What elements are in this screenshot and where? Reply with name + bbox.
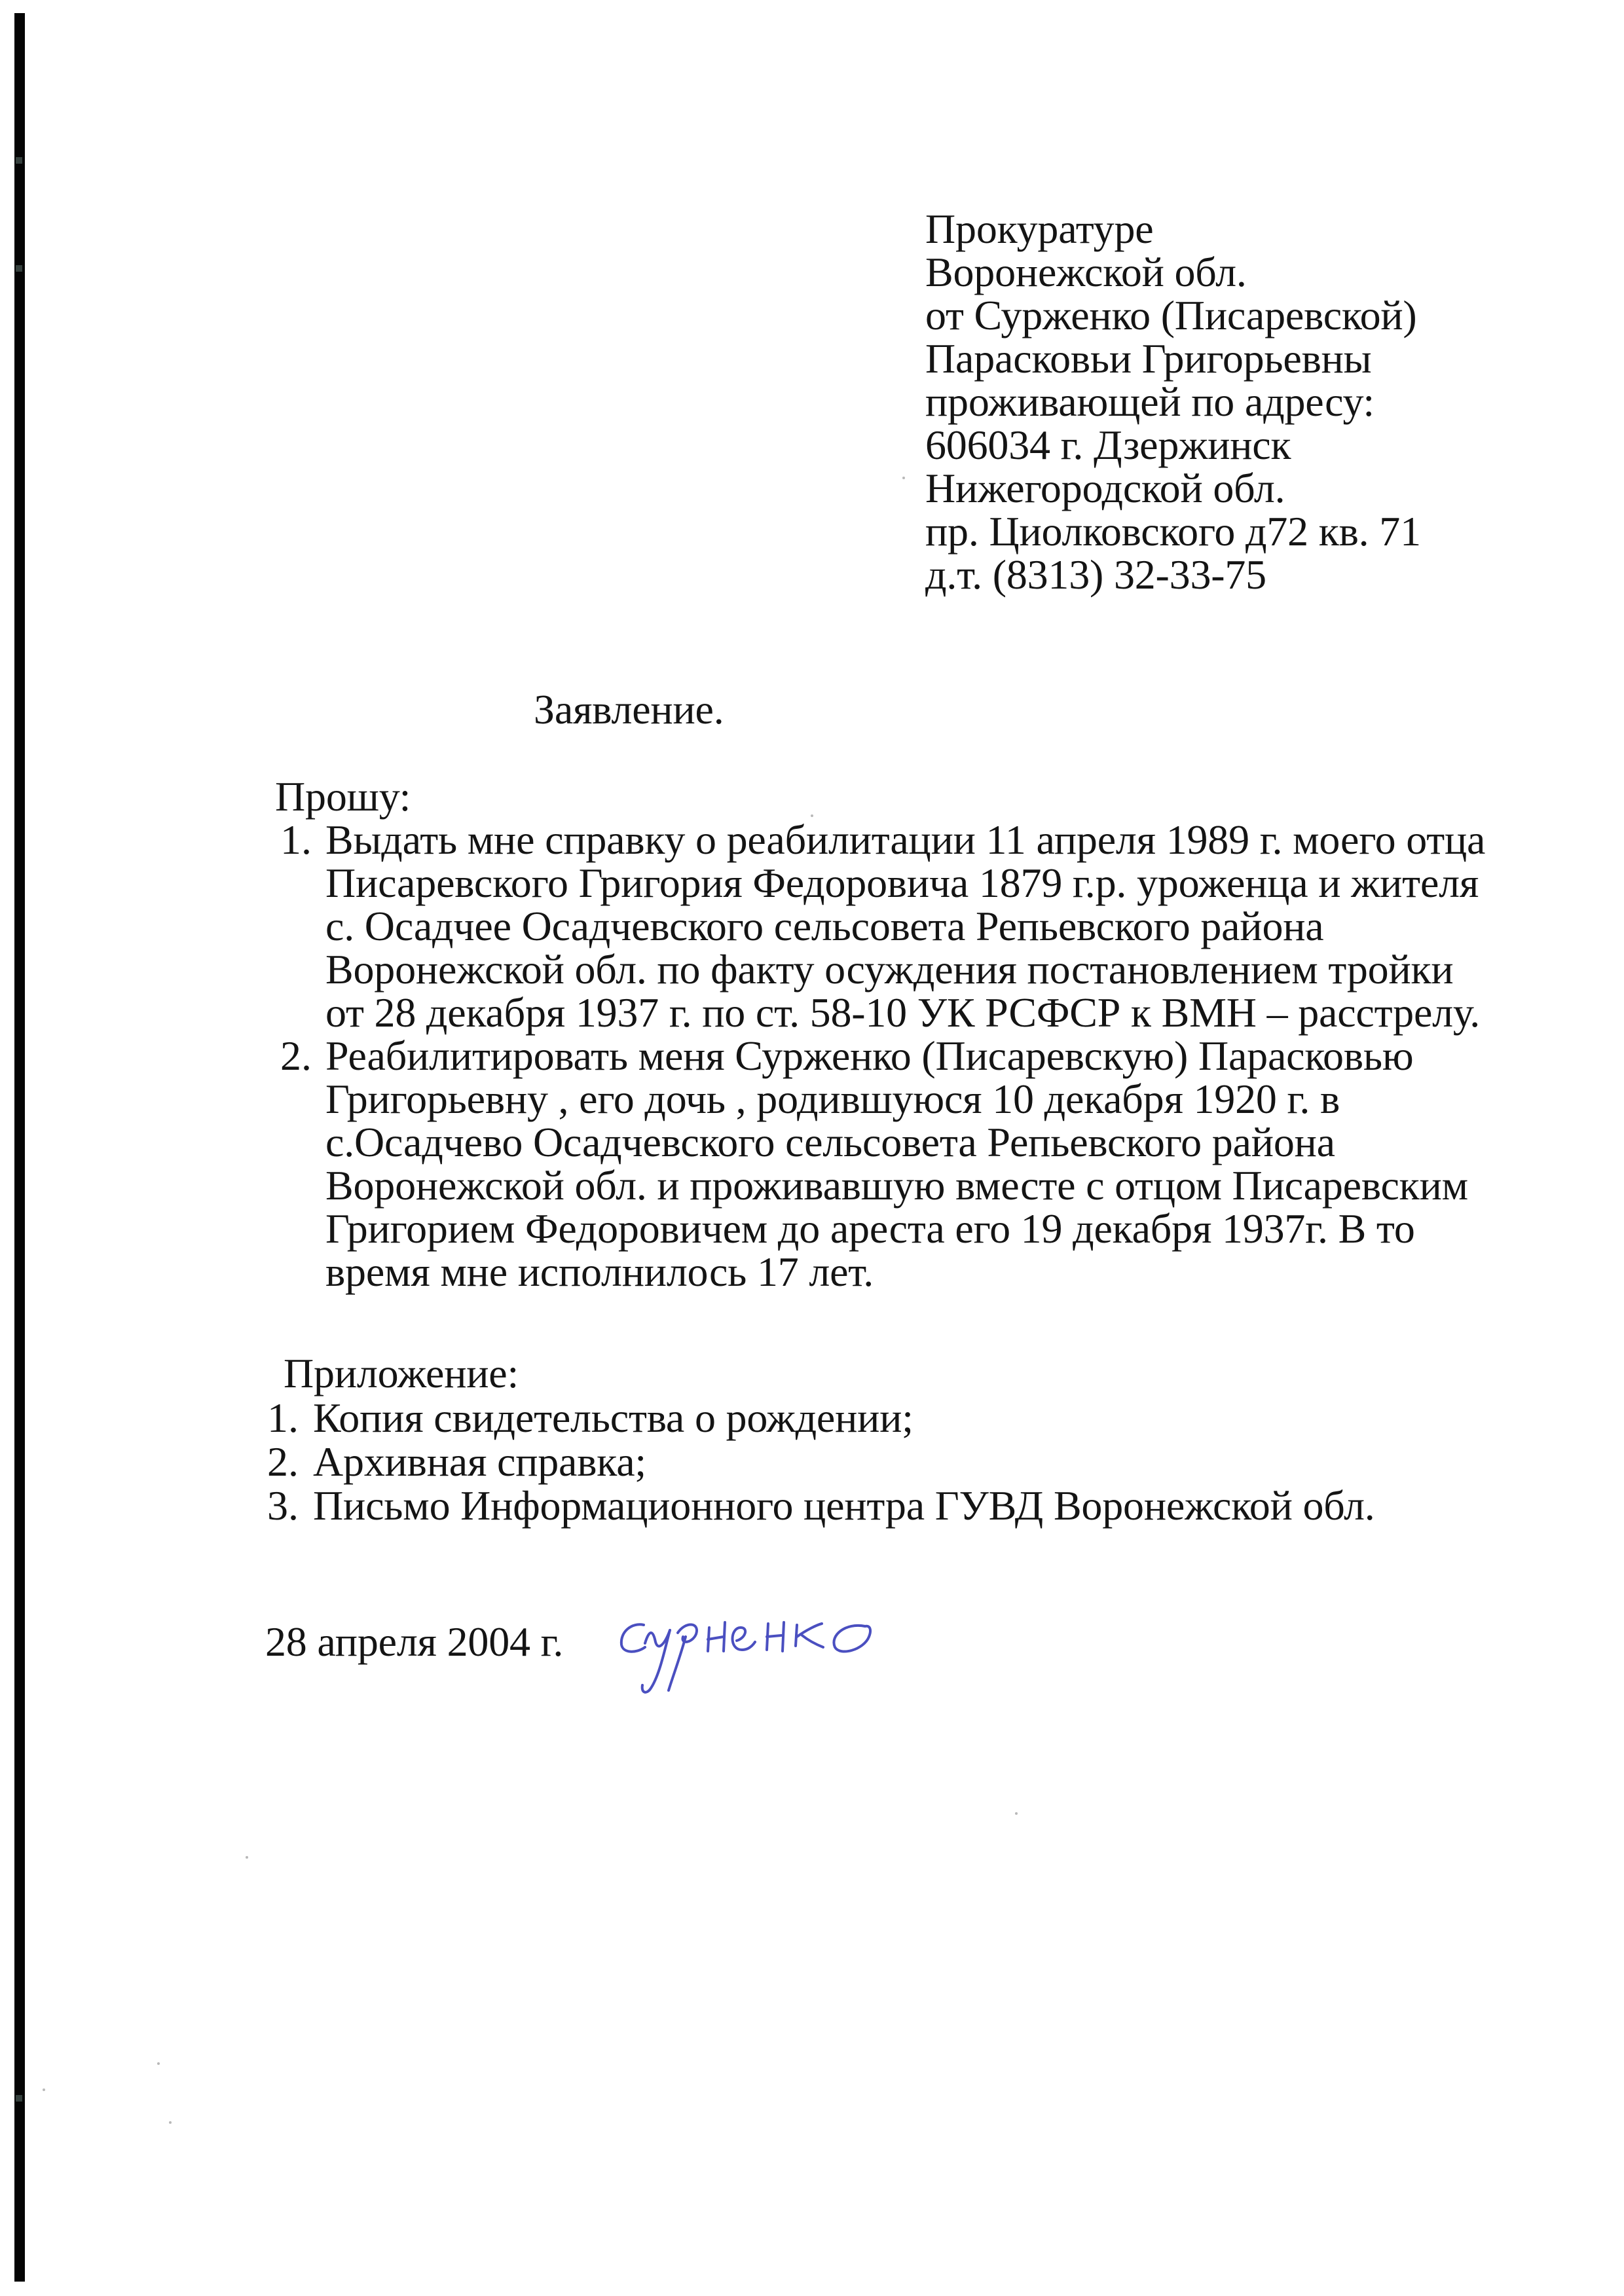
document-title: Заявление. — [534, 689, 724, 731]
addressee-line: д.т. (8313) 32-33-75 — [925, 554, 1266, 596]
request-item-line: Григорьевну , его дочь , родившуюся 10 д… — [325, 1078, 1340, 1120]
addressee-line: проживающей по адресу: — [925, 381, 1375, 423]
scan-artifact — [16, 265, 22, 272]
scan-artifact — [16, 157, 22, 164]
scan-speck — [157, 2062, 160, 2065]
list-number: 1. — [267, 1397, 299, 1439]
request-item-line: время мне исполнилось 17 лет. — [325, 1251, 874, 1293]
addressee-line: Нижегородской обл. — [925, 467, 1285, 509]
request-item-line: Воронежской обл. по факту осуждения пост… — [325, 949, 1453, 991]
attachment-item: Архивная справка; — [313, 1441, 646, 1483]
list-number: 1. — [280, 819, 312, 861]
scan-speck — [811, 814, 813, 817]
list-number: 2. — [280, 1035, 312, 1077]
request-heading: Прошу: — [275, 776, 411, 818]
attachments-heading: Приложение: — [284, 1353, 519, 1394]
document-date: 28 апреля 2004 г. — [265, 1621, 563, 1663]
attachment-item: Письмо Информационного центра ГУВД Ворон… — [313, 1485, 1375, 1527]
scanned-document-page: Прокуратуре Воронежской обл. от Сурженко… — [0, 0, 1624, 2296]
attachment-item: Копия свидетельства о рождении; — [313, 1397, 913, 1439]
request-item-line: с. Осадчее Осадчевского сельсовета Репье… — [325, 905, 1324, 947]
addressee-line: Воронежской обл. — [925, 251, 1247, 293]
handwritten-signature — [612, 1617, 927, 1705]
scan-speck — [246, 1856, 248, 1859]
addressee-line: пр. Циолковского д72 кв. 71 — [925, 511, 1421, 553]
request-item-line: Воронежской обл. и проживавшую вместе с … — [325, 1165, 1468, 1207]
request-item-line: Писаревского Григория Федоровича 1879 г.… — [325, 862, 1479, 904]
request-item-line: Григорием Федоровичем до ареста его 19 д… — [325, 1208, 1415, 1250]
scan-artifact — [16, 2095, 22, 2102]
list-number: 3. — [267, 1485, 299, 1527]
scanner-edge-bar — [14, 13, 25, 2282]
addressee-line: от Сурженко (Писаревской) — [925, 295, 1417, 337]
list-number: 2. — [267, 1441, 299, 1483]
request-item-line: от 28 декабря 1937 г. по ст. 58-10 УК РС… — [325, 992, 1480, 1034]
request-item-line: с.Осадчево Осадчевского сельсовета Репье… — [325, 1121, 1335, 1163]
addressee-line: 606034 г. Дзержинск — [925, 424, 1291, 466]
scan-speck — [43, 2088, 45, 2091]
scan-speck — [1015, 1812, 1018, 1815]
request-item-line: Выдать мне справку о реабилитации 11 апр… — [325, 819, 1485, 861]
scan-speck — [169, 2121, 172, 2124]
addressee-line: Прокуратуре — [925, 208, 1154, 250]
request-item-line: Реабилитировать меня Сурженко (Писаревск… — [325, 1035, 1413, 1077]
addressee-line: Парасковьи Григорьевны — [925, 338, 1371, 380]
scan-speck — [902, 477, 905, 479]
